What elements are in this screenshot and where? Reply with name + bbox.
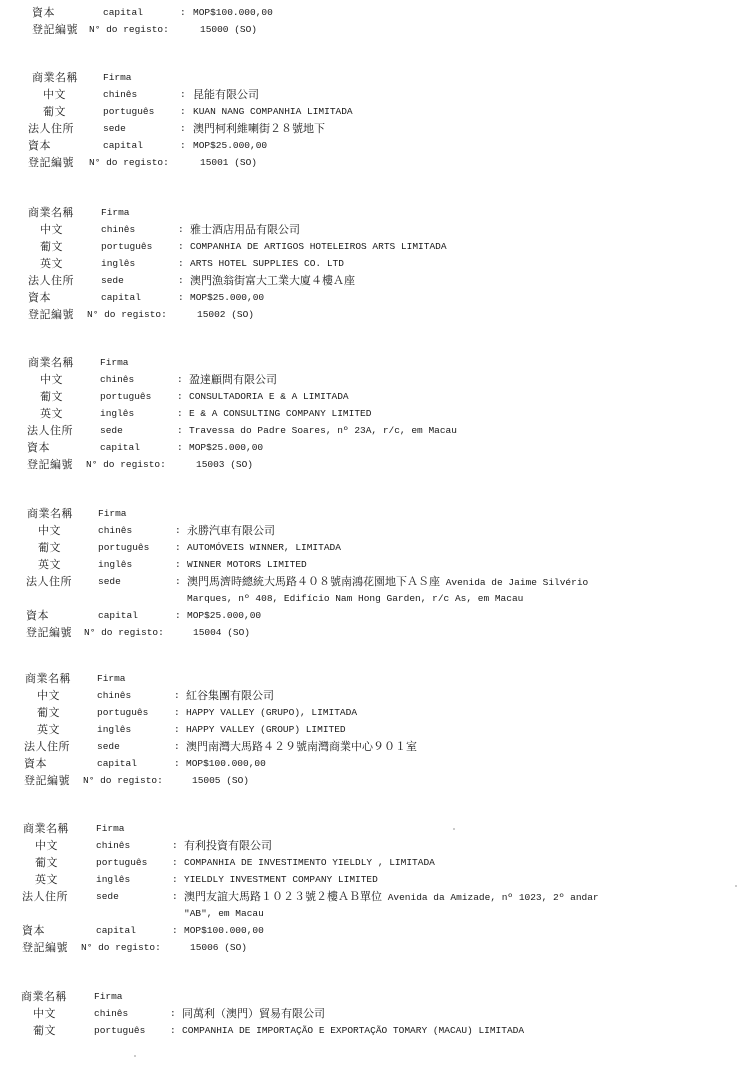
capital-row: 資本 capital : MOP$25.000,00 [0, 439, 740, 456]
colon: : [174, 704, 180, 721]
capital-row: 資本 capital : MOP$25.000,00 [0, 137, 740, 154]
capital-label-pt: capital [101, 289, 141, 306]
registo-label-pt: N° do registo: [89, 154, 169, 171]
colon: : [172, 922, 178, 939]
portugues-label-pt: português [97, 704, 148, 721]
colon: : [177, 405, 183, 422]
chines-value: 同萬利（澳門）貿易有限公司 [182, 1005, 325, 1022]
capital-label-pt: capital [97, 755, 137, 772]
portugues-row: 葡文 português : HAPPY VALLEY (GRUPO), LIM… [0, 704, 740, 721]
capital-value: MOP$25.000,00 [193, 137, 267, 154]
capital-label-zh: 資本 [26, 607, 49, 624]
firma-label-zh: 商業名稱 [32, 69, 78, 86]
portugues-label-zh: 葡文 [37, 704, 60, 721]
portugues-label-pt: português [94, 1022, 145, 1039]
chines-value: 雅士酒店用品有限公司 [190, 221, 300, 238]
colon: : [180, 4, 186, 21]
ingles-label-pt: inglês [101, 255, 135, 272]
portugues-value: COMPANHIA DE IMPORTAÇÃO E EXPORTAÇÃO TOM… [182, 1022, 524, 1039]
portugues-value: AUTOMÓVEIS WINNER, LIMITADA [187, 539, 341, 556]
capital-label-pt: capital [96, 922, 136, 939]
portugues-row: 葡文 português : AUTOMÓVEIS WINNER, LIMITA… [0, 539, 740, 556]
registo-value: 15000 (SO) [200, 21, 257, 38]
chines-label-zh: 中文 [40, 371, 63, 388]
ingles-row: 英文 inglês : ARTS HOTEL SUPPLIES CO. LTD [0, 255, 740, 272]
sede-row: 法人住所 sede : Travessa do Padre Soares, nº… [0, 422, 740, 439]
colon: : [174, 721, 180, 738]
sede-label-pt: sede [96, 888, 119, 905]
registo-label-pt: N° do registo: [81, 939, 161, 956]
chines-value: 盈達顧問有限公司 [189, 371, 277, 388]
ingles-value: E & A CONSULTING COMPANY LIMITED [189, 405, 371, 422]
colon: : [180, 137, 186, 154]
portugues-value: HAPPY VALLEY (GRUPO), LIMITADA [186, 704, 357, 721]
colon: : [172, 871, 178, 888]
sede-label-pt: sede [100, 422, 123, 439]
sede-row: 法人住所 sede : 澳門馬濟時總統大馬路４０８號南鴻花園地下ＡＳ座 Aven… [0, 573, 740, 590]
firma-label-zh: 商業名稱 [28, 354, 74, 371]
firma-label-zh: 商業名稱 [25, 670, 71, 687]
chines-row: 中文 chinês : 紅谷集團有限公司 [0, 687, 740, 704]
chines-value: 紅谷集團有限公司 [186, 687, 274, 704]
portugues-value: KUAN NANG COMPANHIA LIMITADA [193, 103, 353, 120]
sede-row: 法人住所 sede : 澳門南灣大馬路４２９號南灣商業中心９０１室 [0, 738, 740, 755]
portugues-row: 葡文 português : COMPANHIA DE IMPORTAÇÃO E… [0, 1022, 740, 1039]
entry-15004: 商業名稱 Firma 中文 chinês : 永勝汽車有限公司 葡文 portu… [0, 505, 740, 641]
portugues-row: 葡文 português : CONSULTADORIA E & A LIMIT… [0, 388, 740, 405]
chines-label-pt: chinês [98, 522, 132, 539]
registo-label-pt: N° do registo: [89, 21, 169, 38]
chines-label-pt: chinês [103, 86, 137, 103]
ingles-label-zh: 英文 [40, 405, 63, 422]
sede-value: 澳門柯利維喇街２８號地下 [193, 120, 325, 137]
colon: : [175, 573, 181, 590]
ingles-label-pt: inglês [100, 405, 134, 422]
portugues-label-zh: 葡文 [40, 238, 63, 255]
firma-label-pt: Firma [101, 204, 130, 221]
sede-row: 法人住所 sede : 澳門漁翁街富大工業大廈４樓Ａ座 [0, 272, 740, 289]
registo-label-zh: 登記編號 [32, 21, 78, 38]
firma-label-pt: Firma [94, 988, 123, 1005]
registo-value: 15006 (SO) [190, 939, 247, 956]
chines-row: 中文 chinês : 昆能有限公司 [0, 86, 740, 103]
registo-row: 登記編號 N° do registo: 15001 (SO) [0, 154, 740, 171]
colon: : [180, 86, 186, 103]
portugues-value: COMPANHIA DE INVESTIMENTO YIELDLY , LIMI… [184, 854, 435, 871]
chines-row: 中文 chinês : 雅士酒店用品有限公司 [0, 221, 740, 238]
firma-label-zh: 商業名稱 [21, 988, 67, 1005]
capital-value: MOP$100.000,00 [184, 922, 264, 939]
registo-label-zh: 登記編號 [28, 154, 74, 171]
sede-label-pt: sede [101, 272, 124, 289]
firma-row: 商業名稱 Firma [0, 988, 740, 1005]
scan-speck [453, 828, 455, 830]
sede-value-cjk: 澳門馬濟時總統大馬路４０８號南鴻花園地下ＡＳ座 [187, 575, 440, 588]
capital-row: 資本 capital : MOP$25.000,00 [0, 289, 740, 306]
colon: : [178, 221, 184, 238]
colon: : [174, 738, 180, 755]
sede-label-zh: 法人住所 [27, 422, 73, 439]
sede-label-zh: 法人住所 [22, 888, 68, 905]
firma-row: 商業名稱 Firma [0, 670, 740, 687]
firma-label-zh: 商業名稱 [27, 505, 73, 522]
registo-row: 登記編號 N° do registo: 15006 (SO) [0, 939, 740, 956]
registo-label-zh: 登記編號 [26, 624, 72, 641]
scan-speck [735, 885, 737, 887]
sede-label-pt: sede [103, 120, 126, 137]
sede-value: 澳門漁翁街富大工業大廈４樓Ａ座 [190, 272, 355, 289]
sede-value: Travessa do Padre Soares, nº 23A, r/c, e… [189, 422, 457, 439]
colon: : [177, 371, 183, 388]
colon: : [172, 837, 178, 854]
colon: : [178, 289, 184, 306]
firma-row: 商業名稱 Firma [0, 69, 740, 86]
capital-label-zh: 資本 [28, 137, 51, 154]
ingles-row: 英文 inglês : HAPPY VALLEY (GROUP) LIMITED [0, 721, 740, 738]
capital-label-zh: 資本 [27, 439, 50, 456]
chines-value: 永勝汽車有限公司 [187, 522, 275, 539]
registo-label-pt: N° do registo: [87, 306, 167, 323]
registo-label-zh: 登記編號 [27, 456, 73, 473]
chines-label-zh: 中文 [43, 86, 66, 103]
ingles-value: YIELDLY INVESTMENT COMPANY LIMITED [184, 871, 378, 888]
registo-value: 15005 (SO) [192, 772, 249, 789]
registo-label-pt: N° do registo: [83, 772, 163, 789]
capital-value: MOP$25.000,00 [187, 607, 261, 624]
portugues-row: 葡文 português : COMPANHIA DE INVESTIMENTO… [0, 854, 740, 871]
portugues-value: CONSULTADORIA E & A LIMITADA [189, 388, 349, 405]
chines-row: 中文 chinês : 盈達顧問有限公司 [0, 371, 740, 388]
capital-label-pt: capital [103, 4, 143, 21]
portugues-row: 葡文 português : KUAN NANG COMPANHIA LIMIT… [0, 103, 740, 120]
chines-label-zh: 中文 [38, 522, 61, 539]
entry-15003: 商業名稱 Firma 中文 chinês : 盈達顧問有限公司 葡文 portu… [0, 354, 740, 473]
sede-value: 澳門南灣大馬路４２９號南灣商業中心９０１室 [186, 738, 417, 755]
colon: : [175, 539, 181, 556]
ingles-value: ARTS HOTEL SUPPLIES CO. LTD [190, 255, 344, 272]
capital-label-zh: 資本 [28, 289, 51, 306]
chines-label-zh: 中文 [35, 837, 58, 854]
firma-label-pt: Firma [97, 670, 126, 687]
colon: : [174, 687, 180, 704]
ingles-row: 英文 inglês : WINNER MOTORS LIMITED [0, 556, 740, 573]
ingles-row: 英文 inglês : E & A CONSULTING COMPANY LIM… [0, 405, 740, 422]
colon: : [172, 888, 178, 905]
capital-label-zh: 資本 [32, 4, 55, 21]
sede-row: 法人住所 sede : 澳門友誼大馬路１０２３號２樓ＡＢ單位 Avenida d… [0, 888, 740, 905]
ingles-label-zh: 英文 [38, 556, 61, 573]
colon: : [180, 120, 186, 137]
portugues-label-pt: português [98, 539, 149, 556]
firma-row: 商業名稱 Firma [0, 820, 740, 837]
chines-row: 中文 chinês : 有利投資有限公司 [0, 837, 740, 854]
capital-label-zh: 資本 [22, 922, 45, 939]
chines-row: 中文 chinês : 永勝汽車有限公司 [0, 522, 740, 539]
ingles-value: HAPPY VALLEY (GROUP) LIMITED [186, 721, 346, 738]
sede-label-zh: 法人住所 [28, 272, 74, 289]
registo-value: 15003 (SO) [196, 456, 253, 473]
firma-label-zh: 商業名稱 [28, 204, 74, 221]
scan-speck [134, 1055, 136, 1057]
registo-row: 登記編號 N° do registo: 15005 (SO) [0, 772, 740, 789]
colon: : [177, 388, 183, 405]
entry-partial-15000: 資本 capital : MOP$100.000,00 登記編號 N° do r… [0, 4, 740, 38]
sede-value-line2: Marques, nº 408, Edifício Nam Hong Garde… [187, 590, 523, 607]
portugues-row: 葡文 português : COMPANHIA DE ARTIGOS HOTE… [0, 238, 740, 255]
firma-label-zh: 商業名稱 [23, 820, 69, 837]
capital-row: 資本 capital : MOP$100.000,00 [0, 4, 740, 21]
capital-value: MOP$25.000,00 [189, 439, 263, 456]
sede-label-pt: sede [97, 738, 120, 755]
ingles-label-pt: inglês [97, 721, 131, 738]
colon: : [175, 556, 181, 573]
sede-value-pt: Avenida de Jaime Silvério [446, 577, 589, 588]
firma-label-pt: Firma [98, 505, 127, 522]
portugues-label-pt: português [103, 103, 154, 120]
registo-row: 登記編號 N° do registo: 15003 (SO) [0, 456, 740, 473]
chines-label-zh: 中文 [37, 687, 60, 704]
registo-row: 登記編號 N° do registo: 15000 (SO) [0, 21, 740, 38]
colon: : [170, 1005, 176, 1022]
registo-row: 登記編號 N° do registo: 15004 (SO) [0, 624, 740, 641]
sede-value-line2: "AB", em Macau [184, 905, 264, 922]
ingles-label-pt: inglês [96, 871, 130, 888]
sede-value-pt: Avenida da Amizade, nº 1023, 2º andar [388, 892, 599, 903]
chines-value: 昆能有限公司 [193, 86, 259, 103]
capital-label-pt: capital [98, 607, 138, 624]
sede-label-zh: 法人住所 [24, 738, 70, 755]
portugues-label-zh: 葡文 [43, 103, 66, 120]
capital-value: MOP$25.000,00 [190, 289, 264, 306]
capital-row: 資本 capital : MOP$25.000,00 [0, 607, 740, 624]
registo-label-zh: 登記編號 [24, 772, 70, 789]
firma-label-pt: Firma [103, 69, 132, 86]
chines-value: 有利投資有限公司 [184, 837, 272, 854]
capital-value: MOP$100.000,00 [193, 4, 273, 21]
portugues-value: COMPANHIA DE ARTIGOS HOTELEIROS ARTS LIM… [190, 238, 447, 255]
sede-row-continued: Marques, nº 408, Edifício Nam Hong Garde… [0, 590, 740, 607]
colon: : [178, 272, 184, 289]
firma-row: 商業名稱 Firma [0, 354, 740, 371]
chines-row: 中文 chinês : 同萬利（澳門）貿易有限公司 [0, 1005, 740, 1022]
colon: : [175, 522, 181, 539]
sede-row: 法人住所 sede : 澳門柯利維喇街２８號地下 [0, 120, 740, 137]
capital-label-pt: capital [103, 137, 143, 154]
chines-label-pt: chinês [96, 837, 130, 854]
colon: : [180, 103, 186, 120]
capital-label-pt: capital [100, 439, 140, 456]
colon: : [178, 238, 184, 255]
registo-label-zh: 登記編號 [28, 306, 74, 323]
ingles-label-zh: 英文 [35, 871, 58, 888]
capital-row: 資本 capital : MOP$100.000,00 [0, 755, 740, 772]
firma-label-pt: Firma [100, 354, 129, 371]
chines-label-pt: chinês [100, 371, 134, 388]
firma-row: 商業名稱 Firma [0, 204, 740, 221]
registo-value: 15002 (SO) [197, 306, 254, 323]
colon: : [174, 755, 180, 772]
registo-label-zh: 登記編號 [22, 939, 68, 956]
sede-value: 澳門馬濟時總統大馬路４０８號南鴻花園地下ＡＳ座 Avenida de Jaime… [187, 573, 588, 591]
portugues-label-zh: 葡文 [38, 539, 61, 556]
ingles-label-zh: 英文 [40, 255, 63, 272]
portugues-label-zh: 葡文 [35, 854, 58, 871]
chines-label-pt: chinês [94, 1005, 128, 1022]
chines-label-zh: 中文 [33, 1005, 56, 1022]
registo-value: 15004 (SO) [193, 624, 250, 641]
portugues-label-zh: 葡文 [33, 1022, 56, 1039]
entry-15005: 商業名稱 Firma 中文 chinês : 紅谷集團有限公司 葡文 portu… [0, 670, 740, 789]
registo-row: 登記編號 N° do registo: 15002 (SO) [0, 306, 740, 323]
capital-value: MOP$100.000,00 [186, 755, 266, 772]
entry-partial-bottom: 商業名稱 Firma 中文 chinês : 同萬利（澳門）貿易有限公司 葡文 … [0, 988, 740, 1039]
firma-row: 商業名稱 Firma [0, 505, 740, 522]
colon: : [175, 607, 181, 624]
portugues-label-pt: português [96, 854, 147, 871]
registo-value: 15001 (SO) [200, 154, 257, 171]
firma-label-pt: Firma [96, 820, 125, 837]
sede-value: 澳門友誼大馬路１０２３號２樓ＡＢ單位 Avenida da Amizade, n… [184, 888, 599, 906]
colon: : [177, 422, 183, 439]
portugues-label-pt: português [101, 238, 152, 255]
entry-15002: 商業名稱 Firma 中文 chinês : 雅士酒店用品有限公司 葡文 por… [0, 204, 740, 323]
registo-label-pt: N° do registo: [86, 456, 166, 473]
colon: : [177, 439, 183, 456]
colon: : [170, 1022, 176, 1039]
entry-15001: 商業名稱 Firma 中文 chinês : 昆能有限公司 葡文 portugu… [0, 69, 740, 171]
capital-row: 資本 capital : MOP$100.000,00 [0, 922, 740, 939]
colon: : [178, 255, 184, 272]
ingles-label-zh: 英文 [37, 721, 60, 738]
chines-label-pt: chinês [97, 687, 131, 704]
ingles-label-pt: inglês [98, 556, 132, 573]
sede-label-pt: sede [98, 573, 121, 590]
registo-label-pt: N° do registo: [84, 624, 164, 641]
sede-label-zh: 法人住所 [26, 573, 72, 590]
sede-label-zh: 法人住所 [28, 120, 74, 137]
portugues-label-zh: 葡文 [40, 388, 63, 405]
sede-row-continued: "AB", em Macau [0, 905, 740, 922]
chines-label-zh: 中文 [40, 221, 63, 238]
colon: : [172, 854, 178, 871]
ingles-value: WINNER MOTORS LIMITED [187, 556, 307, 573]
chines-label-pt: chinês [101, 221, 135, 238]
capital-label-zh: 資本 [24, 755, 47, 772]
portugues-label-pt: português [100, 388, 151, 405]
entry-15006: 商業名稱 Firma 中文 chinês : 有利投資有限公司 葡文 portu… [0, 820, 740, 956]
ingles-row: 英文 inglês : YIELDLY INVESTMENT COMPANY L… [0, 871, 740, 888]
sede-value-cjk: 澳門友誼大馬路１０２３號２樓ＡＢ單位 [184, 890, 382, 903]
